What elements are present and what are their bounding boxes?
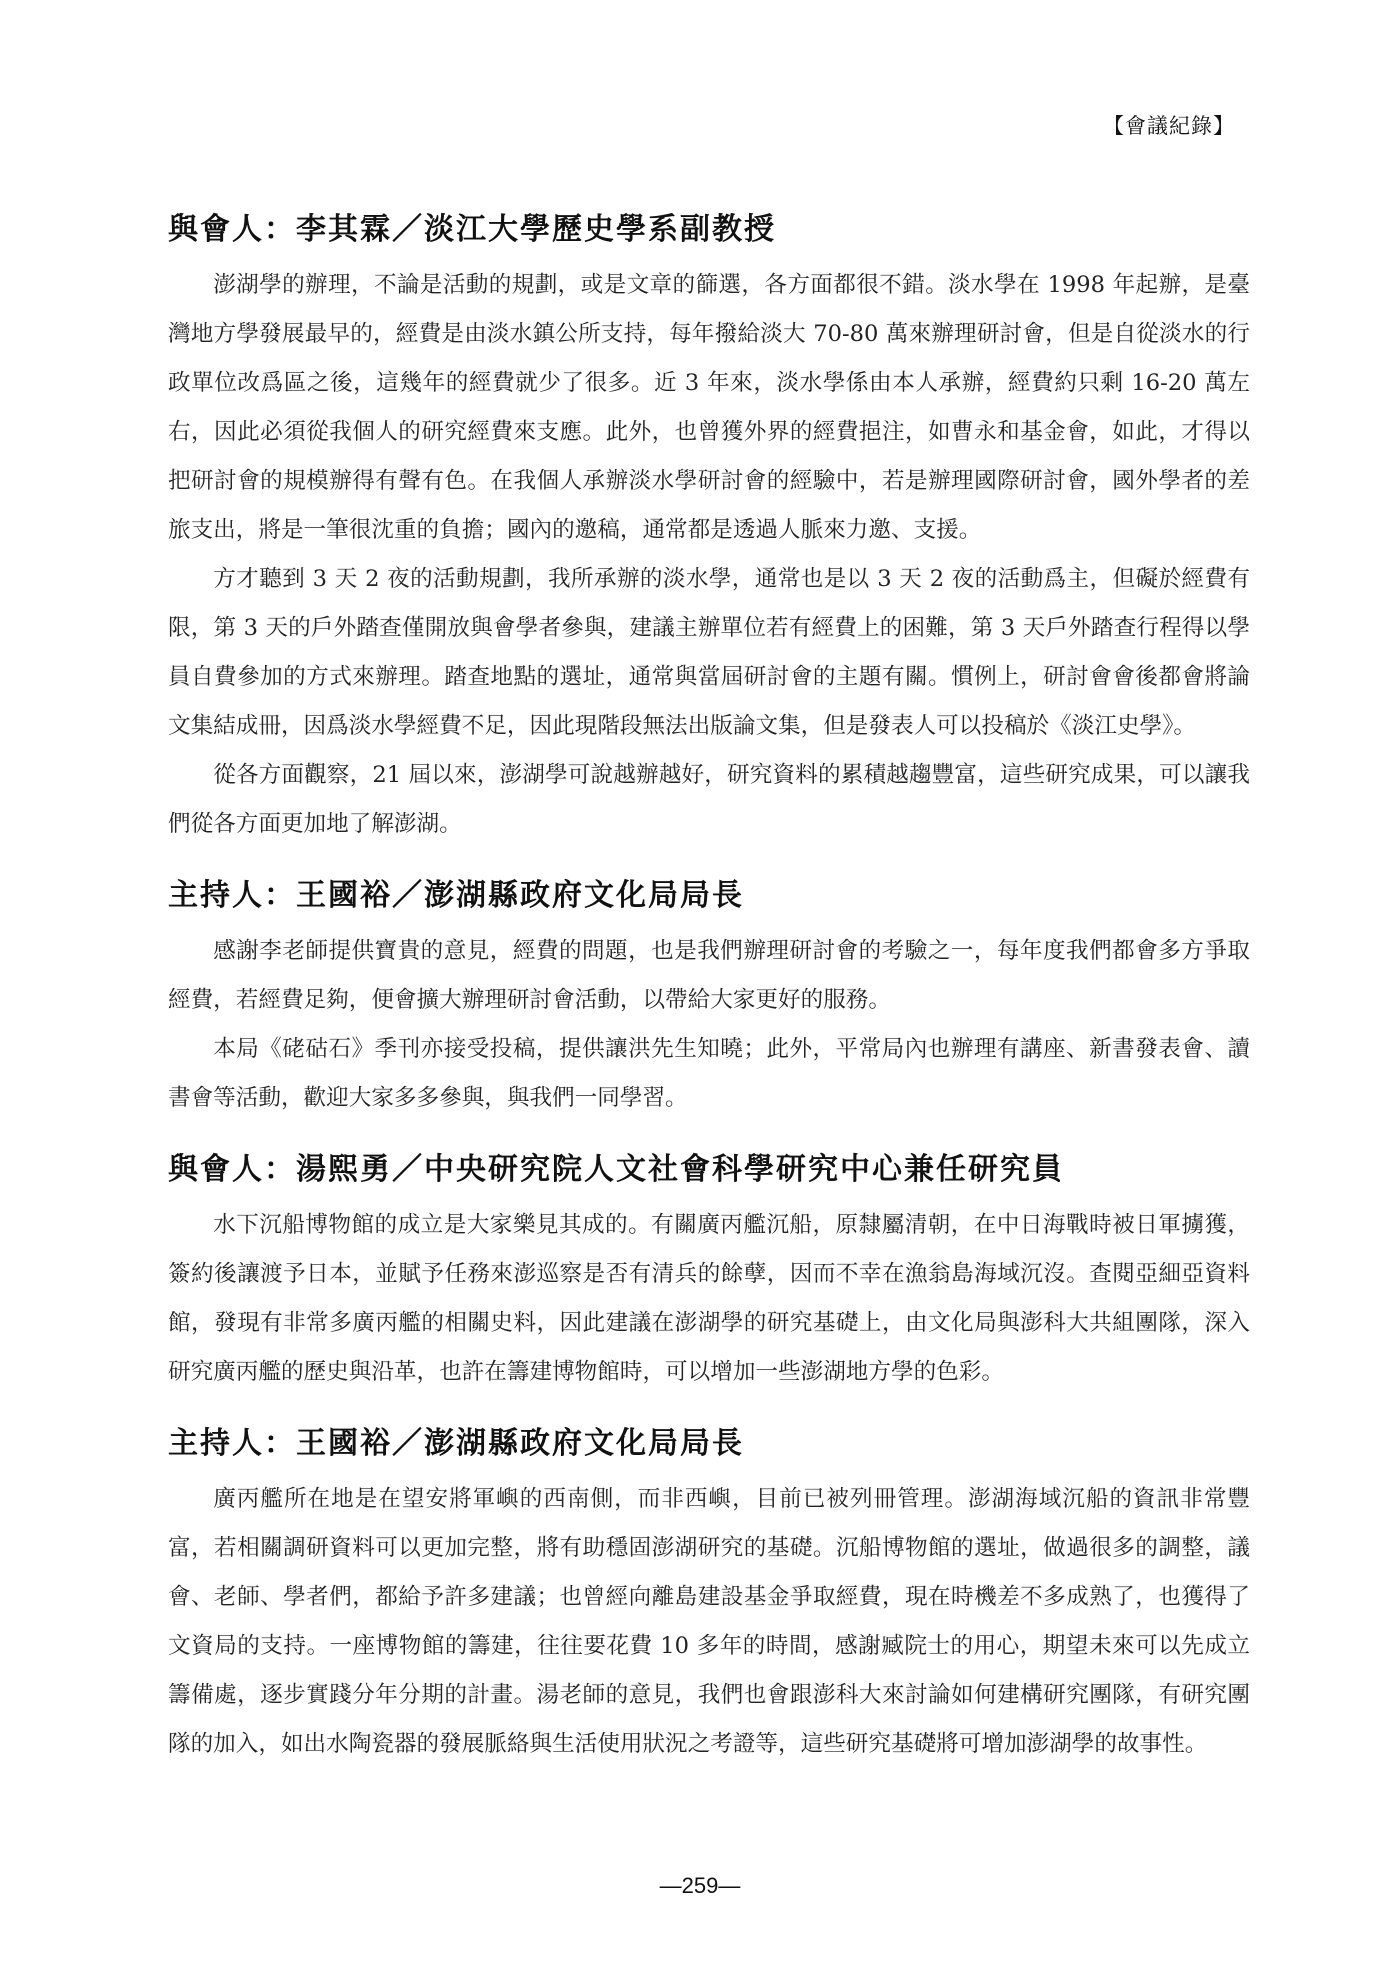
paragraph: 方才聽到 3 天 2 夜的活動規劃，我所承辦的淡水學，通常也是以 3 天 2 夜…: [168, 555, 1250, 751]
paragraph: 感謝李老師提供寶貴的意見，經費的問題，也是我們辦理研討會的考驗之一，每年度我們都…: [168, 927, 1250, 1025]
paragraph: 澎湖學的辦理，不論是活動的規劃，或是文章的篩選，各方面都很不錯。淡水學在 199…: [168, 261, 1250, 555]
page-number: —259—: [0, 1873, 1400, 1899]
speaker-heading: 與會人：李其霖／淡江大學歷史學系副教授: [168, 205, 1250, 255]
speaker-heading: 與會人：湯熙勇／中央研究院人文社會科學研究中心兼任研究員: [168, 1145, 1250, 1195]
speaker-heading: 主持人：王國裕／澎湖縣政府文化局局長: [168, 1419, 1250, 1469]
section-host-wang-1: 主持人：王國裕／澎湖縣政府文化局局長 感謝李老師提供寶貴的意見，經費的問題，也是…: [168, 871, 1250, 1123]
section-tang-xiyong: 與會人：湯熙勇／中央研究院人文社會科學研究中心兼任研究員 水下沉船博物館的成立是…: [168, 1145, 1250, 1397]
section-li-qilin: 與會人：李其霖／淡江大學歷史學系副教授 澎湖學的辦理，不論是活動的規劃，或是文章…: [168, 205, 1250, 849]
speaker-heading: 主持人：王國裕／澎湖縣政府文化局局長: [168, 871, 1250, 921]
section-host-wang-2: 主持人：王國裕／澎湖縣政府文化局局長 廣丙艦所在地是在望安將軍嶼的西南側，而非西…: [168, 1419, 1250, 1769]
paragraph: 水下沉船博物館的成立是大家樂見其成的。有關廣丙艦沉船，原隸屬清朝，在中日海戰時被…: [168, 1201, 1250, 1397]
running-header: 【會議紀錄】: [1103, 110, 1235, 140]
paragraph: 從各方面觀察，21 屆以來，澎湖學可說越辦越好，研究資料的累積越趨豐富，這些研究…: [168, 751, 1250, 849]
paragraph: 廣丙艦所在地是在望安將軍嶼的西南側，而非西嶼，目前已被列冊管理。澎湖海域沉船的資…: [168, 1475, 1250, 1769]
document-body: 與會人：李其霖／淡江大學歷史學系副教授 澎湖學的辦理，不論是活動的規劃，或是文章…: [168, 205, 1250, 1791]
paragraph: 本局《硓𥑮石》季刊亦接受投稿，提供讓洪先生知曉；此外，平常局內也辦理有講座、新書…: [168, 1025, 1250, 1123]
